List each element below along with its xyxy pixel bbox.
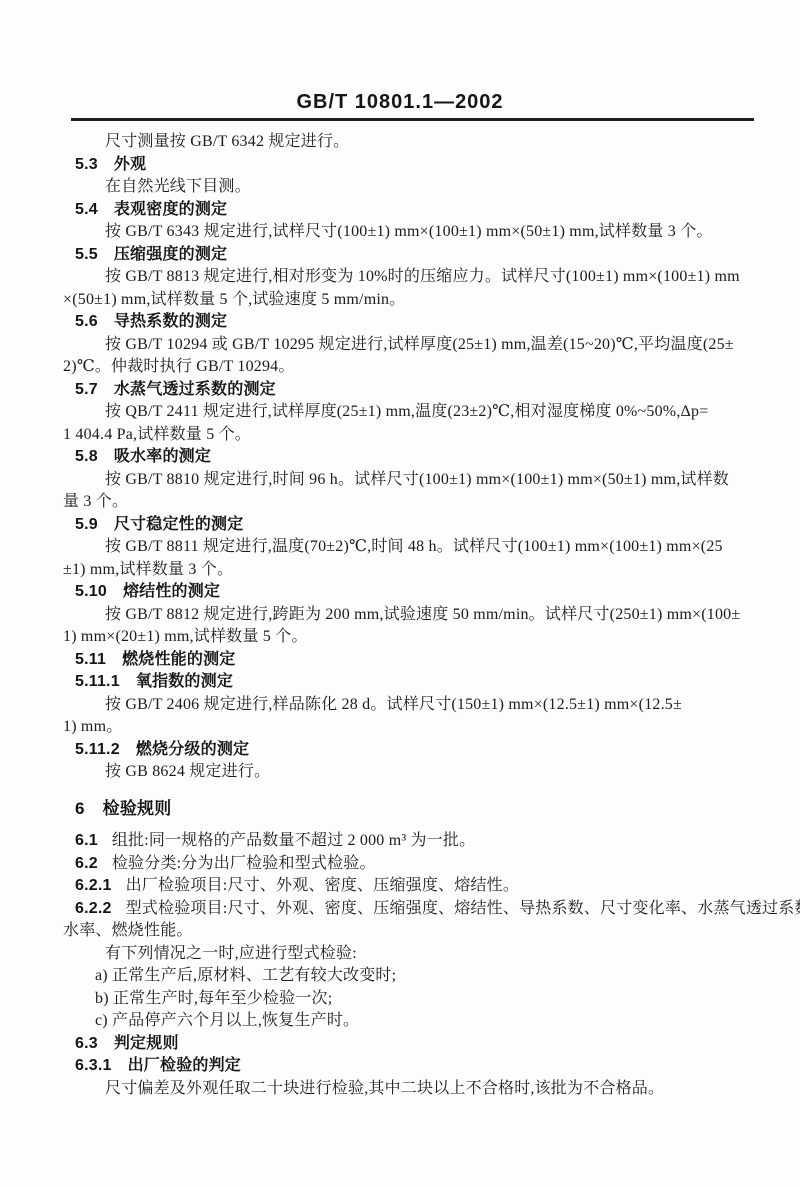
numbered-clause-line: 6.2检验分类:分为出厂检验和型式检验。 xyxy=(63,853,763,876)
doc-text-line: 按 GB/T 8813 规定进行,相对形变为 10%时的压缩应力。试样尺寸(10… xyxy=(63,266,763,289)
clause-text: 外观 xyxy=(114,156,146,173)
clause-number: 5.11 xyxy=(75,651,106,668)
clause-heading: 5.10熔结性的测定 xyxy=(63,581,763,604)
clause-heading: 5.11.1氧指数的测定 xyxy=(63,671,763,694)
clause-heading: 6.3.1出厂检验的判定 xyxy=(63,1055,763,1078)
doc-text-line: 按 GB/T 8811 规定进行,温度(70±2)℃,时间 48 h。试样尺寸(… xyxy=(63,536,763,559)
doc-text-line: 有下列情况之一时,应进行型式检验: xyxy=(63,943,763,966)
clause-number: 5.7 xyxy=(75,381,98,398)
clause-text: 熔结性的测定 xyxy=(123,583,220,600)
list-item-line: c) 产品停产六个月以上,恢复生产时。 xyxy=(63,1010,763,1033)
clause-heading: 5.11燃烧性能的测定 xyxy=(63,649,763,672)
clause-heading: 5.4表观密度的测定 xyxy=(63,199,763,222)
doc-text-line: 水率、燃烧性能。 xyxy=(63,920,763,943)
clause-text: 尺寸稳定性的测定 xyxy=(114,516,244,533)
doc-text-line: 按 GB/T 10294 或 GB/T 10295 规定进行,试样厚度(25±1… xyxy=(63,334,763,357)
clause-heading: 5.7水蒸气透过系数的测定 xyxy=(63,379,763,402)
clause-heading: 5.11.2燃烧分级的测定 xyxy=(63,739,763,762)
clause-number: 5.4 xyxy=(75,201,98,218)
clause-number: 6.1 xyxy=(75,832,98,849)
document-body: 尺寸测量按 GB/T 6342 规定进行。5.3外观在自然光线下目测。5.4表观… xyxy=(63,131,763,1100)
doc-text-line: 在自然光线下目测。 xyxy=(63,176,763,199)
doc-text-line: 尺寸测量按 GB/T 6342 规定进行。 xyxy=(63,131,763,154)
clause-text: 水蒸气透过系数的测定 xyxy=(114,381,276,398)
doc-text-line: 1) mm×(20±1) mm,试样数量 5 个。 xyxy=(63,626,763,649)
doc-text-line: ×(50±1) mm,试样数量 5 个,试验速度 5 mm/min。 xyxy=(63,289,763,312)
clause-text: 检验规则 xyxy=(103,799,172,818)
doc-text-line: ±1) mm,试样数量 3 个。 xyxy=(63,559,763,582)
numbered-clause-line: 6.2.2型式检验项目:尺寸、外观、密度、压缩强度、熔结性、导热系数、尺寸变化率… xyxy=(63,898,763,921)
clause-heading: 5.5压缩强度的测定 xyxy=(63,244,763,267)
doc-text-line: 量 3 个。 xyxy=(63,491,763,514)
clause-number: 6.3.1 xyxy=(75,1057,112,1074)
clause-text: 组批:同一规格的产品数量不超过 2 000 m³ 为一批。 xyxy=(112,832,476,849)
clause-number: 5.9 xyxy=(75,516,98,533)
clause-text: 氧指数的测定 xyxy=(136,673,233,690)
doc-text-line: 1) mm。 xyxy=(63,716,763,739)
clause-heading: 5.8吸水率的测定 xyxy=(63,446,763,469)
clause-number: 5.8 xyxy=(75,448,98,465)
clause-number: 5.5 xyxy=(75,246,98,263)
clause-heading: 5.6导热系数的测定 xyxy=(63,311,763,334)
doc-text-line: 按 GB 8624 规定进行。 xyxy=(63,761,763,784)
chapter-heading: 6检验规则 xyxy=(63,798,763,821)
clause-text: 检验分类:分为出厂检验和型式检验。 xyxy=(112,855,376,872)
clause-number: 5.3 xyxy=(75,156,98,173)
clause-text: 出厂检验项目:尺寸、外观、密度、压缩强度、熔结性。 xyxy=(126,877,519,894)
clause-text: 导热系数的测定 xyxy=(114,313,227,330)
doc-text-line: 按 GB/T 2406 规定进行,样品陈化 28 d。试样尺寸(150±1) m… xyxy=(63,694,763,717)
clause-text: 出厂检验的判定 xyxy=(128,1057,241,1074)
clause-text: 燃烧分级的测定 xyxy=(136,741,249,758)
numbered-clause-line: 6.2.1出厂检验项目:尺寸、外观、密度、压缩强度、熔结性。 xyxy=(63,875,763,898)
list-item-line: a) 正常生产后,原材料、工艺有较大改变时; xyxy=(63,965,763,988)
clause-heading: 5.9尺寸稳定性的测定 xyxy=(63,514,763,537)
clause-text: 判定规则 xyxy=(114,1035,179,1052)
doc-text-line: 按 QB/T 2411 规定进行,试样厚度(25±1) mm,温度(23±2)℃… xyxy=(63,401,763,424)
doc-text-line: 2)℃。仲裁时执行 GB/T 10294。 xyxy=(63,356,763,379)
doc-text-line: 按 GB/T 6343 规定进行,试样尺寸(100±1) mm×(100±1) … xyxy=(63,221,763,244)
clause-number: 6 xyxy=(75,799,85,818)
clause-number: 6.3 xyxy=(75,1035,98,1052)
doc-text-line: 按 GB/T 8810 规定进行,时间 96 h。试样尺寸(100±1) mm×… xyxy=(63,469,763,492)
clause-text: 吸水率的测定 xyxy=(114,448,211,465)
clause-number: 6.2 xyxy=(75,855,98,872)
clause-number: 6.2.1 xyxy=(75,877,112,894)
clause-number: 5.6 xyxy=(75,313,98,330)
clause-text: 型式检验项目:尺寸、外观、密度、压缩强度、熔结性、导热系数、尺寸变化率、水蒸气透… xyxy=(126,900,800,917)
header-rule xyxy=(71,118,754,121)
clause-text: 燃烧性能的测定 xyxy=(122,651,235,668)
clause-number: 5.10 xyxy=(75,583,107,600)
document-page: GB/T 10801.1—2002 尺寸测量按 GB/T 6342 规定进行。5… xyxy=(0,0,800,1188)
standard-code: GB/T 10801.1—2002 xyxy=(0,91,800,114)
doc-text-line: 尺寸偏差及外观任取二十块进行检验,其中二块以上不合格时,该批为不合格品。 xyxy=(63,1078,763,1101)
clause-heading: 6.3判定规则 xyxy=(63,1033,763,1056)
numbered-clause-line: 6.1组批:同一规格的产品数量不超过 2 000 m³ 为一批。 xyxy=(63,830,763,853)
doc-text-line: 1 404.4 Pa,试样数量 5 个。 xyxy=(63,424,763,447)
list-item-line: b) 正常生产时,每年至少检验一次; xyxy=(63,988,763,1011)
clause-number: 5.11.2 xyxy=(75,741,120,758)
clause-heading: 5.3外观 xyxy=(63,154,763,177)
clause-number: 6.2.2 xyxy=(75,900,112,917)
clause-text: 表观密度的测定 xyxy=(114,201,227,218)
doc-text-line: 按 GB/T 8812 规定进行,跨距为 200 mm,试验速度 50 mm/m… xyxy=(63,604,763,627)
clause-number: 5.11.1 xyxy=(75,673,120,690)
clause-text: 压缩强度的测定 xyxy=(114,246,227,263)
